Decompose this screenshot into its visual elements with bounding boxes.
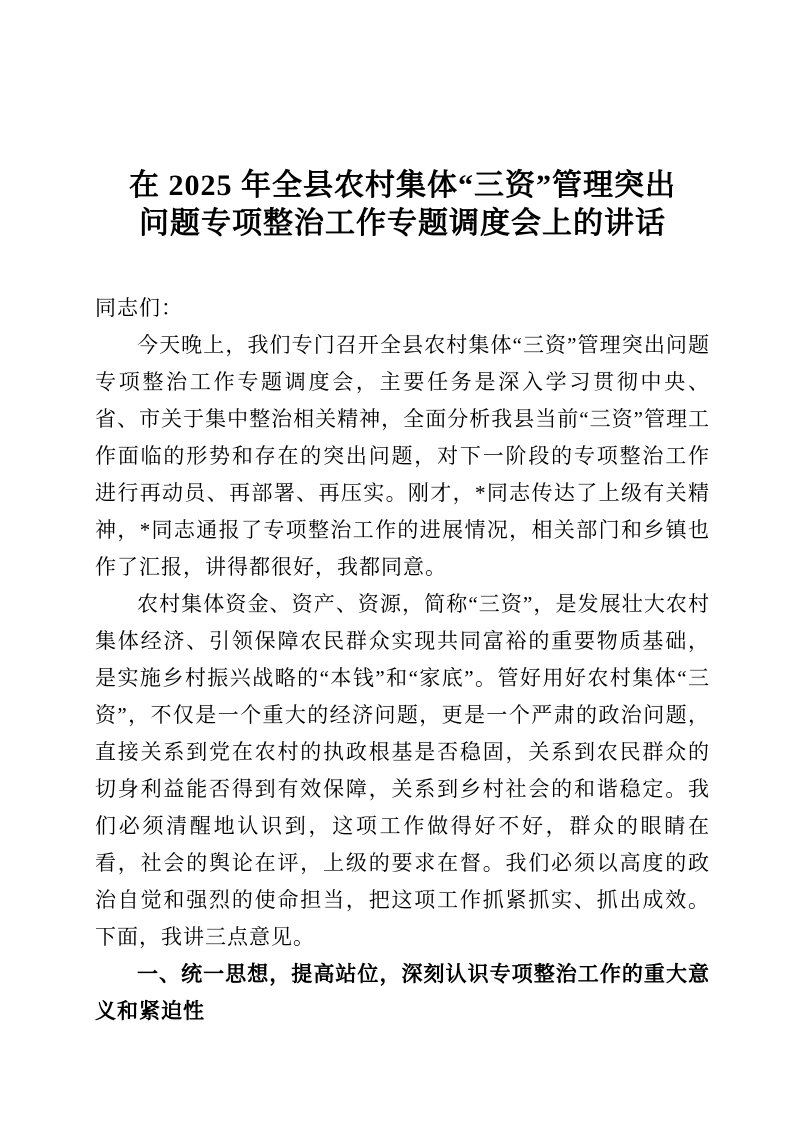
document-title: 在 2025 年全县农村集体“三资”管理突出 问题专项整治工作专题调度会上的讲话 (95, 167, 710, 243)
document-page: 在 2025 年全县农村集体“三资”管理突出 问题专项整治工作专题调度会上的讲话… (0, 0, 793, 1122)
salutation: 同志们： (95, 290, 710, 327)
paragraph-significance: 农村集体资金、资产、资源，简称“三资”，是发展壮大农村集体经济、引领保障农民群众… (95, 586, 710, 956)
section-heading-1: 一、统一思想，提高站位，深刻认识专项整治工作的重大意义和紧迫性 (95, 956, 710, 1030)
document-title-line-2: 问题专项整治工作专题调度会上的讲话 (95, 205, 710, 243)
document-title-line-1: 在 2025 年全县农村集体“三资”管理突出 (95, 167, 710, 205)
document-body: 同志们： 今天晚上，我们专门召开全县农村集体“三资”管理突出问题专项整治工作专题… (95, 290, 710, 1030)
paragraph-opening: 今天晚上，我们专门召开全县农村集体“三资”管理突出问题专项整治工作专题调度会，主… (95, 327, 710, 586)
